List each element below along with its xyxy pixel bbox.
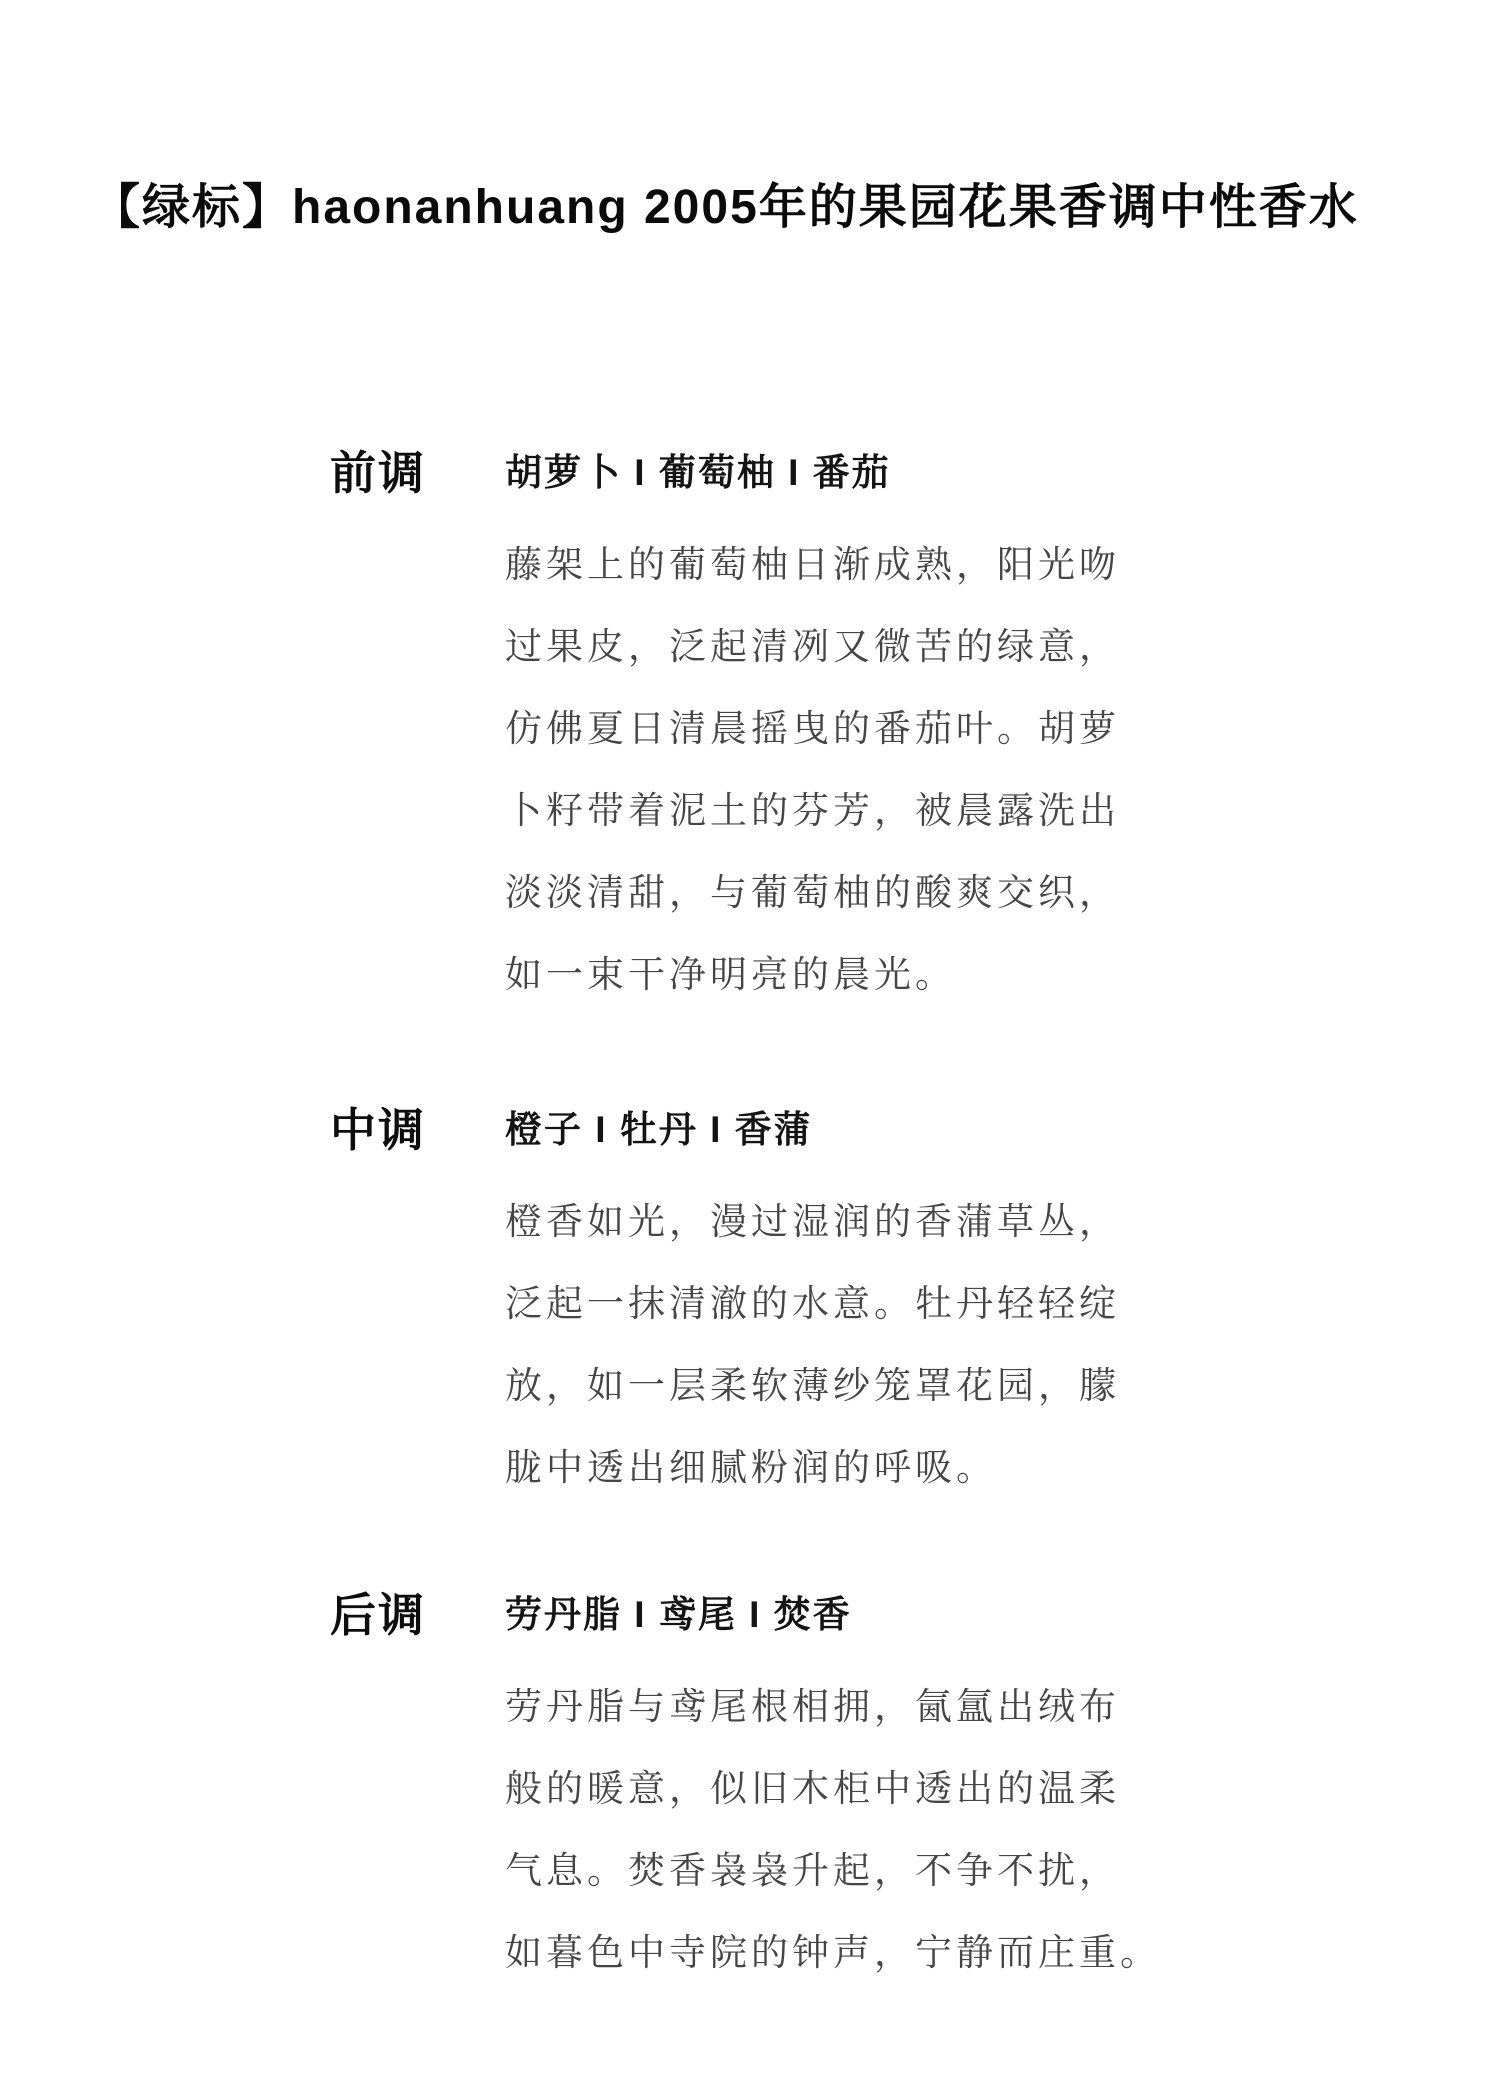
- section-top-notes: 前调 胡萝卜 I 葡萄柚 I 番茄 藤架上的葡萄柚日渐成熟，阳光吻 过果皮，泛起…: [330, 432, 1120, 1016]
- paragraph-line: 气息。焚香袅袅升起，不争不扰，: [505, 1830, 1161, 1912]
- top-notes-paragraph: 藤架上的葡萄柚日渐成熟，阳光吻 过果皮，泛起清冽又微苦的绿意， 仿佛夏日清晨摇曳…: [505, 524, 1120, 1016]
- middle-notes-body: 橙子 I 牡丹 I 香蒲 橙香如光，漫过湿润的香蒲草丛， 泛起一抹清澈的水意。牡…: [505, 1089, 1120, 1509]
- paragraph-line: 如一束干净明亮的晨光。: [505, 934, 1120, 1016]
- paragraph-line: 淡淡清甜，与葡萄柚的酸爽交织，: [505, 852, 1120, 934]
- paragraph-line: 劳丹脂与鸢尾根相拥，氤氲出绒布: [505, 1666, 1161, 1748]
- perfume-description-page: 【绿标】haonanhuang 2005年的果园花果香调中性香水 前调 胡萝卜 …: [0, 0, 1500, 2080]
- paragraph-line: 过果皮，泛起清冽又微苦的绿意，: [505, 606, 1120, 688]
- base-notes-body: 劳丹脂 I 鸢尾 I 焚香 劳丹脂与鸢尾根相拥，氤氲出绒布 般的暖意，似旧木柜中…: [505, 1574, 1161, 1994]
- middle-notes-paragraph: 橙香如光，漫过湿润的香蒲草丛， 泛起一抹清澈的水意。牡丹轻轻绽 放，如一层柔软薄…: [505, 1181, 1120, 1509]
- paragraph-line: 藤架上的葡萄柚日渐成熟，阳光吻: [505, 524, 1120, 606]
- base-notes-ingredients: 劳丹脂 I 鸢尾 I 焚香: [505, 1574, 1161, 1656]
- paragraph-line: 放，如一层柔软薄纱笼罩花园，朦: [505, 1345, 1120, 1427]
- top-notes-label: 前调: [330, 432, 505, 514]
- top-notes-ingredients: 胡萝卜 I 葡萄柚 I 番茄: [505, 432, 1120, 514]
- paragraph-line: 卜籽带着泥土的芬芳，被晨露洗出: [505, 770, 1120, 852]
- section-middle-notes: 中调 橙子 I 牡丹 I 香蒲 橙香如光，漫过湿润的香蒲草丛， 泛起一抹清澈的水…: [330, 1089, 1120, 1509]
- paragraph-line: 如暮色中寺院的钟声，宁静而庄重。: [505, 1912, 1161, 1994]
- top-notes-body: 胡萝卜 I 葡萄柚 I 番茄 藤架上的葡萄柚日渐成熟，阳光吻 过果皮，泛起清冽又…: [505, 432, 1120, 1016]
- paragraph-line: 胧中透出细腻粉润的呼吸。: [505, 1427, 1120, 1509]
- page-title: 【绿标】haonanhuang 2005年的果园花果香调中性香水: [92, 178, 1359, 238]
- paragraph-line: 泛起一抹清澈的水意。牡丹轻轻绽: [505, 1263, 1120, 1345]
- base-notes-paragraph: 劳丹脂与鸢尾根相拥，氤氲出绒布 般的暖意，似旧木柜中透出的温柔 气息。焚香袅袅升…: [505, 1666, 1161, 1994]
- paragraph-line: 仿佛夏日清晨摇曳的番茄叶。胡萝: [505, 688, 1120, 770]
- section-base-notes: 后调 劳丹脂 I 鸢尾 I 焚香 劳丹脂与鸢尾根相拥，氤氲出绒布 般的暖意，似旧…: [330, 1574, 1161, 1994]
- paragraph-line: 橙香如光，漫过湿润的香蒲草丛，: [505, 1181, 1120, 1263]
- base-notes-label: 后调: [330, 1574, 505, 1656]
- paragraph-line: 般的暖意，似旧木柜中透出的温柔: [505, 1748, 1161, 1830]
- middle-notes-label: 中调: [330, 1089, 505, 1171]
- middle-notes-ingredients: 橙子 I 牡丹 I 香蒲: [505, 1089, 1120, 1171]
